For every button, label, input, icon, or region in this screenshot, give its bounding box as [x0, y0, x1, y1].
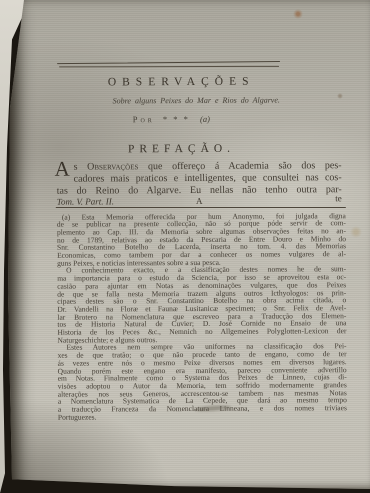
page-content: OBSERVAÇÕES Sobre alguns Peixes do Mar e…: [7, 0, 370, 490]
page-title: OBSERVAÇÕES: [56, 75, 306, 88]
header-rule-bottom: [59, 66, 279, 68]
book-page: OBSERVAÇÕES Sobre alguns Peixes do Mar e…: [8, 0, 370, 489]
footnote-separator: [56, 207, 346, 208]
catchword: te: [335, 193, 342, 203]
byline-por: Por: [133, 114, 155, 124]
paragraph-line-text: que offereço á Academia são dos pes-: [138, 160, 341, 172]
volume-label: Tom. V. Part. II.: [57, 196, 114, 206]
small-caps-word: Observações: [87, 161, 138, 172]
footnote-reference-mark: (a): [200, 114, 210, 124]
byline-asterisks: * * *: [163, 114, 190, 124]
page-subtitle: Sobre alguns Peixes do Mar e Rios do Alg…: [56, 95, 336, 105]
gathering-mark: A: [196, 196, 203, 206]
section-heading: PREFAÇÃO.: [56, 142, 306, 155]
footnote: (a) Esta Memoria offerecida por hum Anon…: [57, 212, 347, 421]
byline: Por * * * (a): [56, 113, 286, 124]
header-rule-top: [57, 61, 280, 64]
paragraph-line-text: s: [74, 162, 88, 173]
signature-line: Tom. V. Part. II. A te: [57, 195, 342, 207]
